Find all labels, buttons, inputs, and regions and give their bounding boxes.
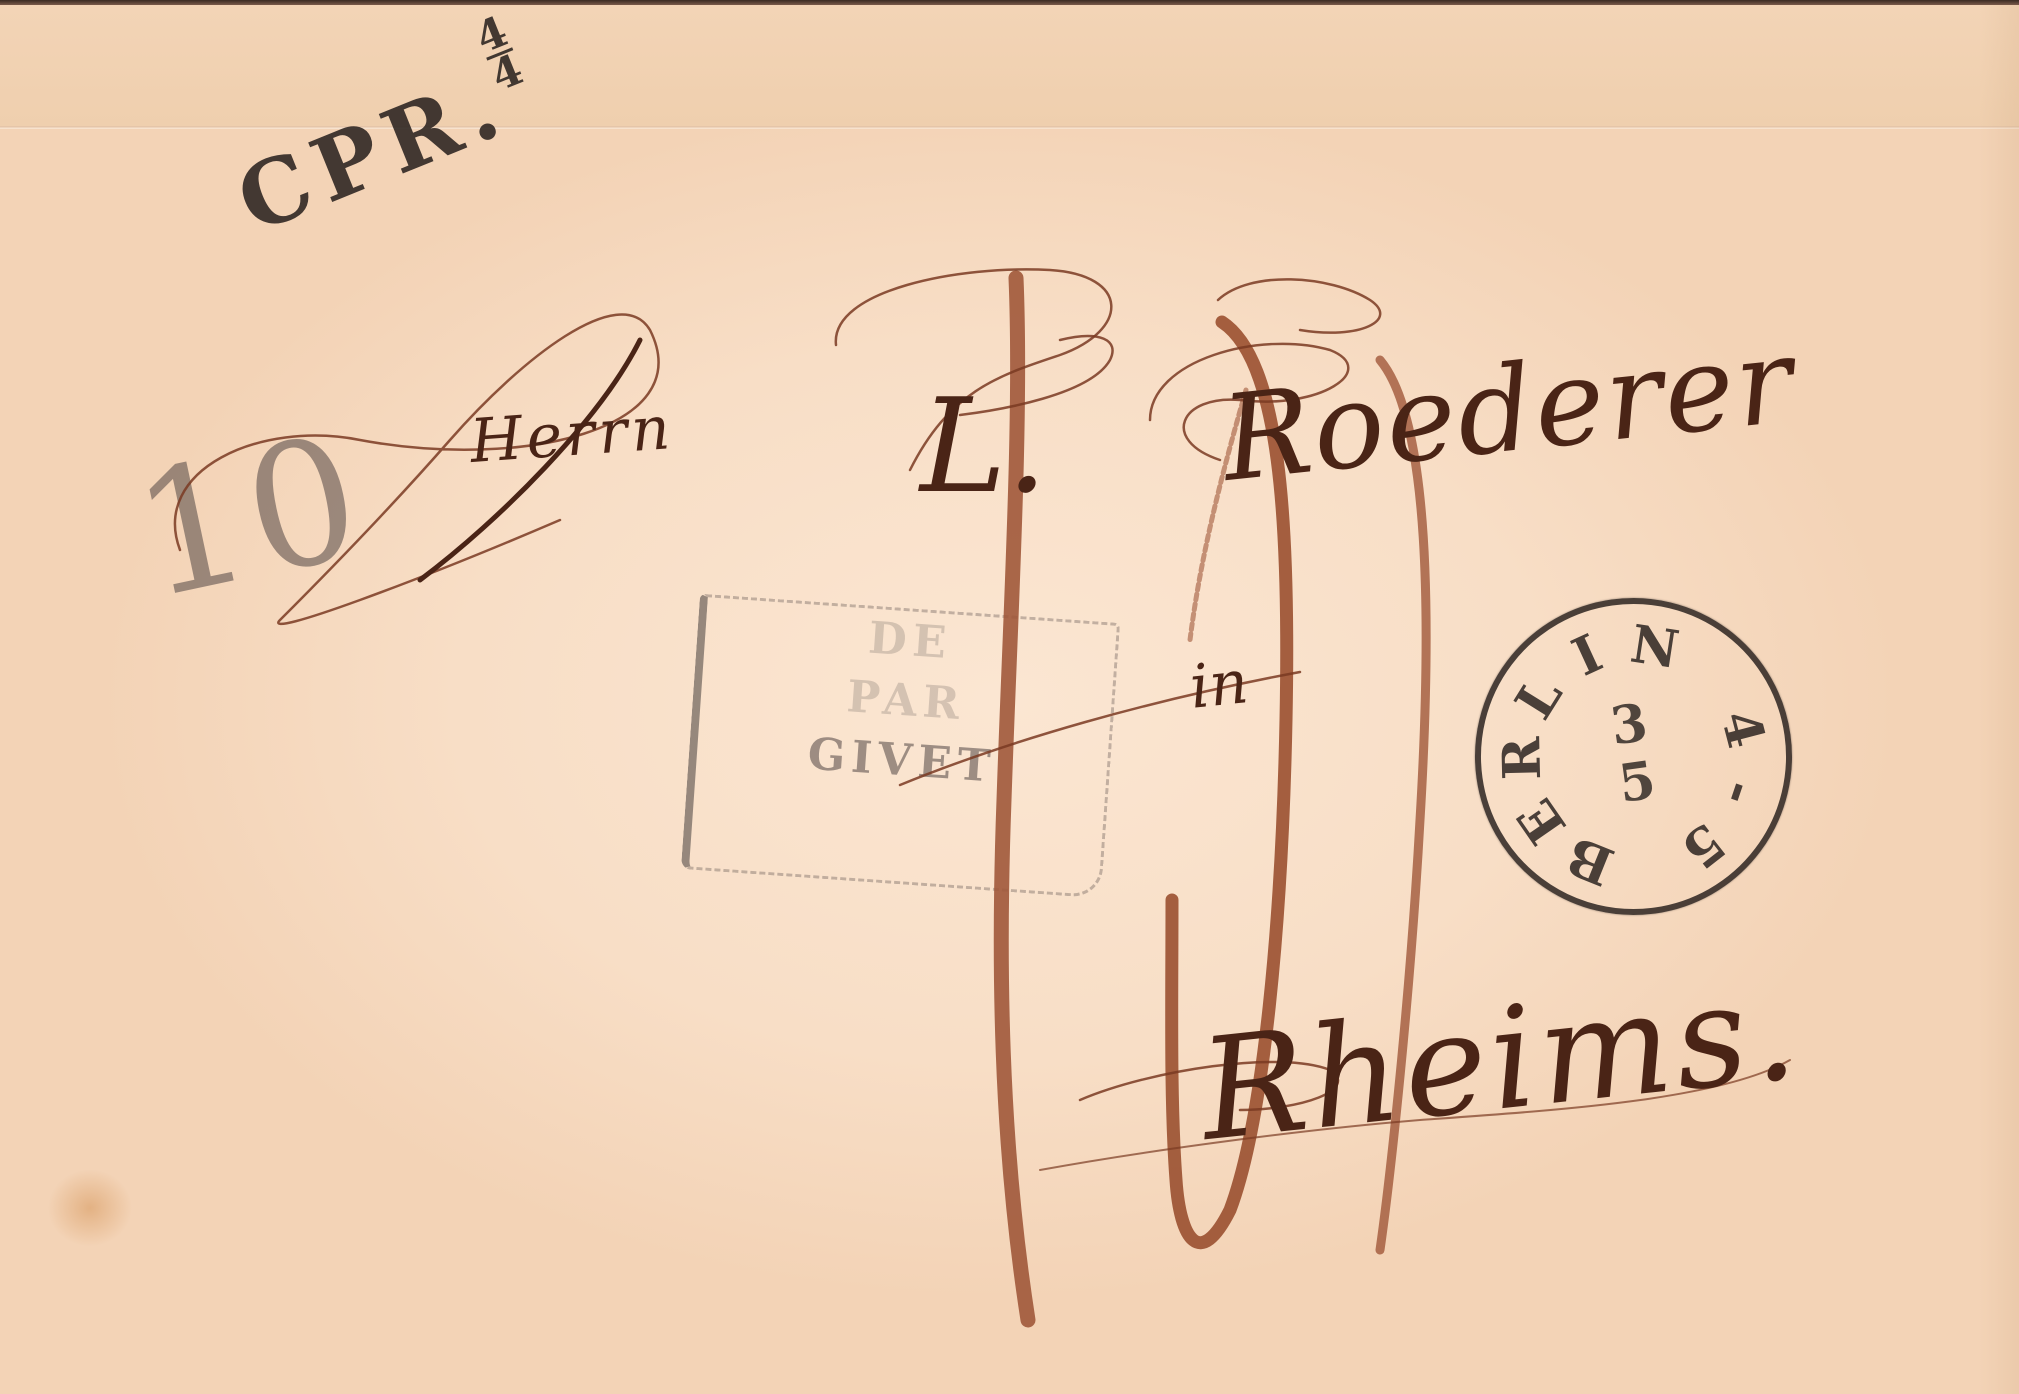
datestamp-letter: B — [1562, 825, 1622, 897]
datestamp-letter: N — [1626, 613, 1675, 679]
address-initial: L. — [920, 370, 1048, 522]
address-salutation: Herrn — [468, 393, 676, 477]
herrn-flourish — [175, 314, 659, 623]
address-preposition: in — [1187, 647, 1252, 723]
berlin-circular-datestamp: BERLIN4-5 3 5 — [1454, 577, 1812, 935]
datestamp-letter: 5 — [1668, 809, 1737, 882]
postal-cover: 10 DE PAR GIVET CPR.44 — [0, 0, 2019, 1394]
datestamp-letter: I — [1556, 619, 1618, 691]
name-flourish-top — [1218, 279, 1380, 332]
